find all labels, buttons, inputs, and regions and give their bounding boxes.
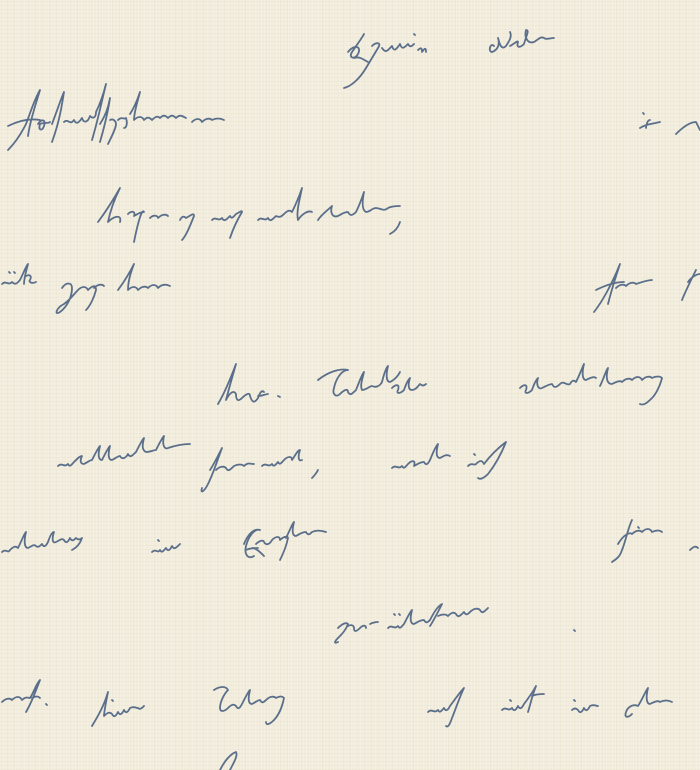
handwritten-wallpaper: d Herrn Weber Hochwohlgeboren in beehre … bbox=[0, 0, 700, 770]
handwriting-strokes bbox=[0, 0, 700, 770]
